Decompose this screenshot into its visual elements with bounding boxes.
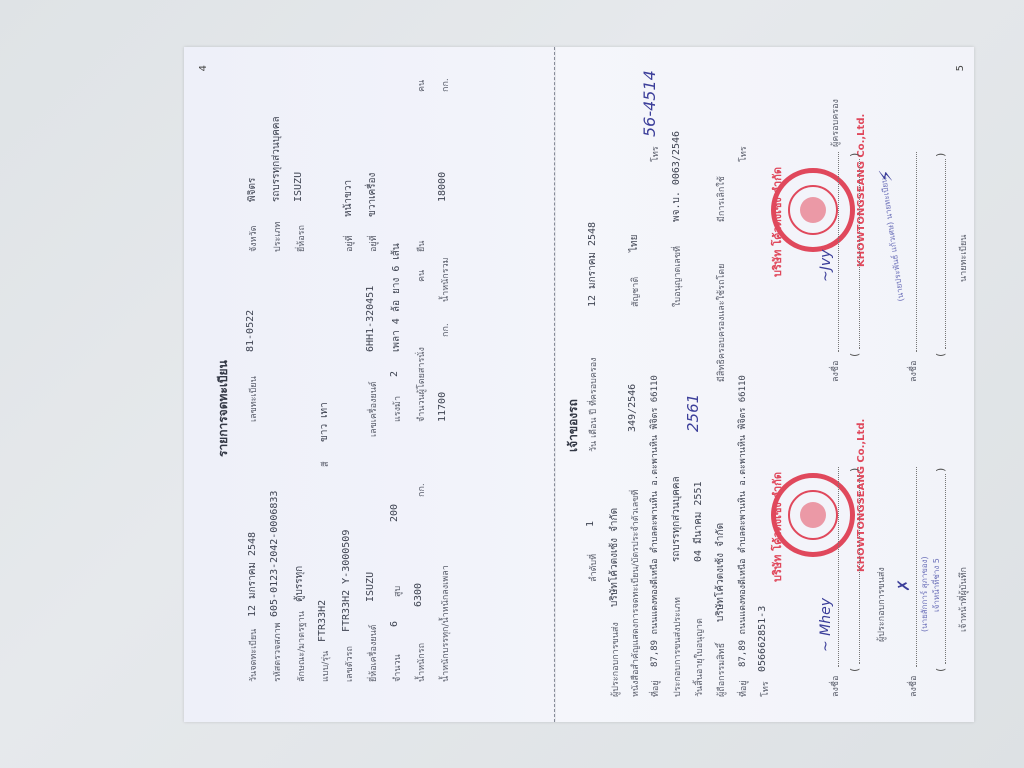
weight: 6300 — [413, 583, 424, 607]
paren-close: ) — [848, 468, 861, 472]
page-registration-details: 4 รายการจดทะเบียน วันจดทะเบียน 12 มกราคม… — [184, 47, 556, 722]
sequence: 1 — [585, 521, 596, 527]
owner-phone: 056662851-3 — [757, 606, 768, 672]
address: 87,89 ถนนแดงทองดีเหนือ ตำบลตะพานหิน อ.ตะ… — [647, 375, 661, 667]
hp: 2 — [389, 371, 400, 377]
engine-no-label: เลขเครื่องยนต์ — [366, 381, 380, 437]
cylinders: 6 — [389, 621, 400, 627]
province: พิจิตร — [245, 178, 260, 202]
name-line-2 — [859, 159, 860, 349]
chassis-location: หน้าขวา — [341, 180, 356, 217]
reg-date: 12 มกราคม 2548 — [245, 532, 260, 617]
name-line — [859, 474, 860, 664]
license-no: พจ.บ. 0063/2546 — [669, 131, 684, 222]
page-number: 4 — [198, 65, 209, 71]
date-label: วัน เดือน ปี ที่ครอบครอง — [586, 357, 600, 452]
paren-open-3: ( — [934, 668, 947, 672]
load-label: น้ำหนักบรรทุก/น้ำหนักลงเพลา — [438, 565, 452, 682]
license-type-label: ประกอบการขนส่งประเภท — [670, 597, 684, 697]
license-type: รถบรรทุกส่วนบุคคล — [669, 476, 684, 562]
signature-line-3 — [916, 467, 917, 667]
nationality-label: สัญชาติ — [628, 277, 642, 307]
reg-no: 81-0522 — [245, 310, 256, 352]
brand-label: ยี่ห้อรถ — [294, 225, 308, 252]
sign-label: ลงชื่อ — [828, 676, 842, 697]
gross-weight: 18000 — [437, 172, 448, 202]
engine-brand: ISUZU — [365, 572, 376, 602]
registration-booklet: 4 รายการจดทะเบียน วันจดทะเบียน 12 มกราคม… — [184, 47, 974, 722]
name-line-3 — [945, 474, 946, 664]
sequence-label: ลำดับที่ — [586, 554, 600, 582]
expiry-label: วันสิ้นอายุใบอนุญาต — [692, 618, 706, 697]
engine-loc-label: อยู่ที่ — [366, 235, 380, 252]
gross-label: น้ำหนักรวม — [438, 257, 452, 302]
operator-label: ผู้ประกอบการขนส่ง — [608, 622, 622, 697]
page-number: 5 — [955, 65, 966, 71]
cylinders-unit: สูบ — [390, 586, 404, 597]
seats-label: จำนวนผู้โดยสารนั่ง — [414, 347, 428, 422]
province-label: จังหวัด — [246, 226, 260, 253]
chassis-loc-label: อยู่ที่ — [342, 235, 356, 252]
stamp-thai-text-2: บริษัท โค้วตงเซ้ง จำกัด — [768, 167, 786, 277]
axles: เพลา 4 ล้อ ยาง 6 เส้น — [389, 243, 404, 352]
model: FTR33H2 — [317, 600, 328, 642]
weight-unit: กก. — [414, 483, 428, 497]
signature-line-2 — [838, 152, 839, 352]
brand: ISUZU — [293, 172, 304, 202]
license-no-label: ใบอนุญาตเลขที่ — [670, 246, 684, 307]
color: ขาว เทา — [317, 402, 332, 442]
signature-4: ⚡ — [876, 169, 897, 182]
signature-1: ~ Mhey — [818, 598, 834, 652]
stamp-en-text-2: KHOWTONGSEANG Co.,Ltd. — [856, 114, 867, 267]
name-line-4 — [945, 159, 946, 349]
paren-close-2: ) — [848, 153, 861, 157]
possessor-label: มีสิทธิครอบครองและใช้รถโดย — [714, 264, 728, 382]
body-label: ลักษณะ/มาตรฐาน — [294, 611, 308, 682]
reg-no-label: เลขทะเบียน — [246, 376, 260, 422]
chassis-label: เลขตัวรถ — [342, 646, 356, 682]
expiry-date: 04 มีนาคม 2551 — [691, 482, 706, 563]
section-heading: เจ้าของรถ — [564, 399, 583, 452]
owner-phone-label: โทร — [758, 681, 772, 697]
vehicle-type: รถบรรทุกส่วนบุคคล — [269, 116, 284, 202]
paren-open-2: ( — [848, 353, 861, 357]
hp-label: แรงม้า — [390, 396, 404, 422]
engine-brand-label: ยี่ห้อเครื่องยนต์ — [366, 624, 380, 682]
color-label: สี — [318, 462, 332, 468]
sign-label-3: ลงชื่อ — [906, 676, 920, 697]
engine-no: 6HH1-320451 — [365, 286, 376, 352]
owner-label: ผู้ถือกรรมสิทธิ์ — [714, 643, 728, 697]
blue-registrar-stamp: (นายประพันธ์ แก้วเศษ) นายทะเบียน — [877, 177, 907, 303]
stand-unit: คน — [414, 80, 428, 92]
section-heading: รายการจดทะเบียน — [214, 360, 233, 457]
address-label: ที่อยู่ — [648, 680, 662, 697]
id-label: หนังสือสำคัญแสดงการจดทะเบียน/บัตรประจำตั… — [628, 490, 642, 697]
weight-label: น้ำหนักรถ — [414, 643, 428, 682]
cylinders-label: จำนวน — [390, 654, 404, 682]
signer2-role: ผู้ครอบครอง — [828, 99, 842, 147]
sign-label-4: ลงชื่อ — [906, 361, 920, 382]
nationality: ไทย — [627, 235, 642, 252]
seats-unit: คน — [414, 270, 428, 282]
signer1-role: ผู้ประกอบการขนส่ง — [874, 567, 888, 642]
possessor-phone-label: โทร — [736, 146, 750, 162]
inspection-code-label: รหัสตรวจสภาพ — [270, 622, 284, 682]
possession-date: 12 มกราคม 2548 — [585, 222, 600, 307]
stand-label: ยืน — [414, 241, 428, 252]
signature-3: ✗ — [894, 579, 913, 592]
signature-2: ~Jvy — [818, 250, 834, 282]
paren-close-3: ) — [934, 468, 947, 472]
page-owner-details: เจ้าของรถ ลำดับที่ 1 วัน เดือน ปี ที่ครอ… — [556, 47, 974, 722]
paren-open: ( — [848, 668, 861, 672]
operator: บริษัทโค้วตงเซ้ง จำกัด — [607, 508, 622, 607]
reg-date-label: วันจดทะเบียน — [246, 629, 260, 682]
body-type: ตู้บรรทุก — [292, 566, 307, 602]
load-unit: กก. — [438, 323, 452, 337]
phone-handwritten: 56-4514 — [640, 70, 659, 137]
id-no: 349/2546 — [627, 384, 638, 432]
stamp-en-text: KHOWTONGSEANG Co.,Ltd. — [856, 419, 867, 572]
gross-unit: กก. — [438, 78, 452, 92]
signature-line — [838, 467, 839, 667]
chassis-no: FTR33H2 Y-3000509 — [341, 530, 352, 632]
phone-label: โทร — [648, 146, 662, 162]
owner-address: 87,89 ถนนแดงทองดีเหนือ ตำบลตะพานหิน อ.ตะ… — [735, 375, 749, 667]
paren-close-4: ) — [934, 153, 947, 157]
paren-open-4: ( — [934, 353, 947, 357]
inspection-code: 605-0123-2042-0006833 — [269, 491, 280, 617]
owner-address-label: ที่อยู่ — [736, 680, 750, 697]
engine-location: ขวาเครื่อง — [365, 173, 380, 217]
possessor-note: มีการเลิกใช้ — [714, 176, 728, 222]
officer-role: เจ้าหน้าที่ผู้บันทึก — [956, 567, 970, 632]
registrar-role: นายทะเบียน — [956, 235, 970, 282]
type-label: ประเภท — [270, 222, 284, 252]
load: 11700 — [437, 392, 448, 422]
registrar-title: เจ้าหน้าที่ช่าง 5 — [930, 558, 943, 612]
model-label: แบบ/รุ่น — [318, 651, 332, 682]
signature-line-4 — [916, 152, 917, 352]
owner: บริษัทโค้วตงเซ้ง จำกัด — [713, 523, 728, 622]
stamp-thai-text: บริษัท โค้วตงเซ้ง จำกัด — [768, 472, 786, 582]
engine-cc: 200 — [389, 504, 400, 522]
expiry-handwritten: 2561 — [684, 394, 702, 432]
sign-label-2: ลงชื่อ — [828, 361, 842, 382]
